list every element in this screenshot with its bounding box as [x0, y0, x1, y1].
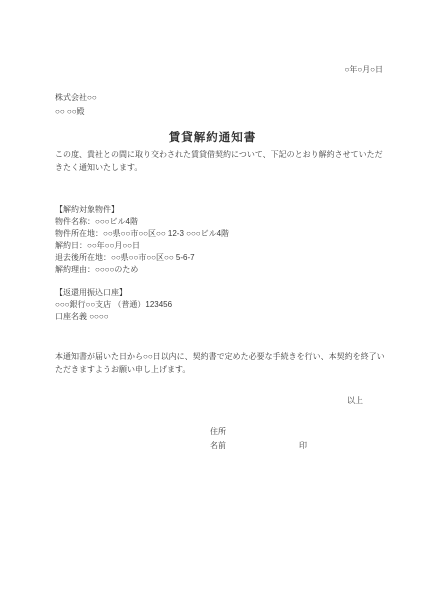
moveout-address-line: 退去後所在地：○○県○○市○○区○○ 5-6-7: [55, 252, 385, 264]
account-holder-line: 口座名義 ○○○○: [55, 311, 385, 323]
termination-date-line: 解約日：○○年○○月○○日: [55, 240, 385, 252]
property-section: 【解約対象物件】 物件名称：○○○ビル4階 物件所在地：○○県○○市○○区○○ …: [55, 204, 385, 276]
document-title: 賃貸解約通知書: [0, 129, 425, 145]
property-section-heading: 【解約対象物件】: [55, 204, 385, 216]
closing-paragraph: 本通知書が届いた日から○○日以内に、契約書で定めた必要な手続きを行い、本契約を終…: [55, 351, 387, 376]
signature-address-label: 住所: [210, 426, 226, 438]
recipient-block: 株式会社○○ ○○ ○○殿: [55, 91, 97, 119]
property-name-line: 物件名称：○○○ビル4階: [55, 216, 385, 228]
end-note: 以上: [347, 395, 363, 407]
bank-section-heading: 【返還用振込口座】: [55, 287, 385, 299]
document-page: ○年○月○日 株式会社○○ ○○ ○○殿 賃貸解約通知書 この度、貴社との間に取…: [0, 0, 425, 600]
termination-reason-line: 解約理由：○○○○のため: [55, 264, 385, 276]
recipient-company: 株式会社○○: [55, 91, 97, 105]
signature-seal-label: 印: [299, 440, 307, 452]
property-address-line: 物件所在地：○○県○○市○○区○○ 12-3 ○○○ビル4階: [55, 228, 385, 240]
bank-account-line: ○○○銀行○○支店 （普通）123456: [55, 299, 385, 311]
recipient-person: ○○ ○○殿: [55, 105, 97, 119]
date-line: ○年○月○日: [345, 64, 384, 76]
bank-section: 【返還用振込口座】 ○○○銀行○○支店 （普通）123456 口座名義 ○○○○: [55, 287, 385, 323]
intro-paragraph: この度、貴社との間に取り交わされた賃貸借契約について、下記のとおり解約させていた…: [55, 149, 383, 174]
signature-name-label: 名前: [210, 440, 226, 452]
